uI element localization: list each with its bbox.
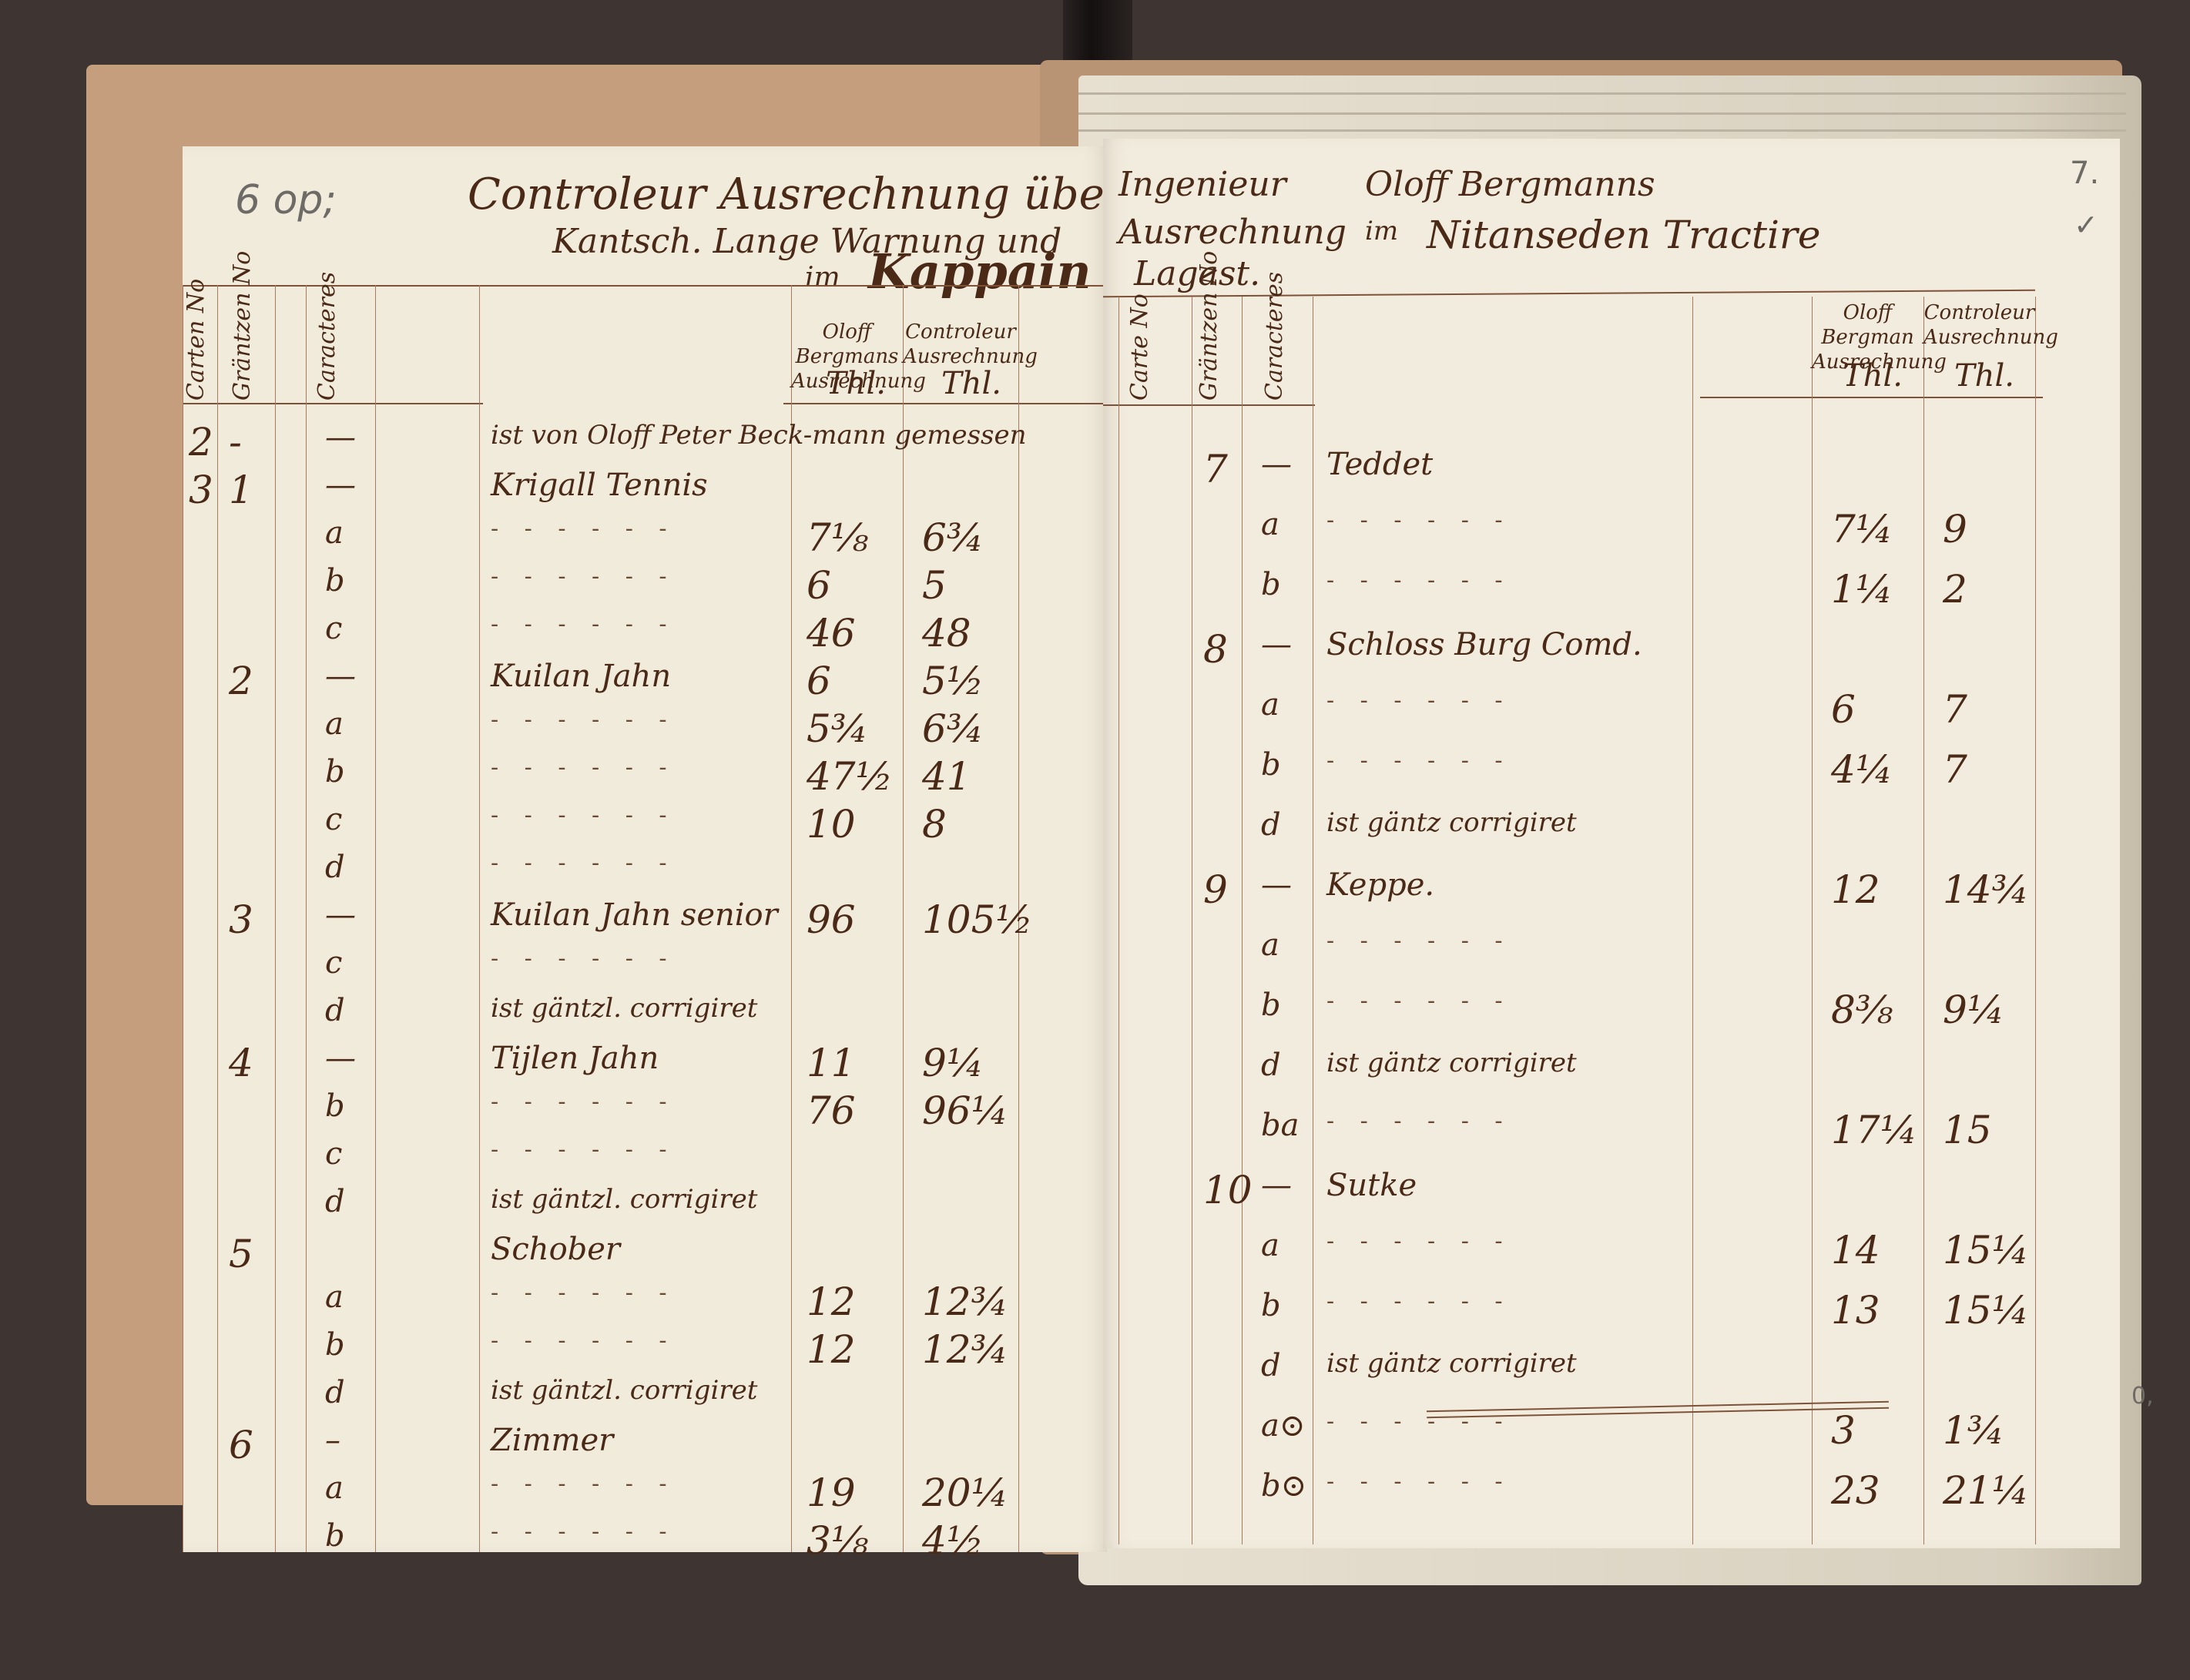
amount-bergman: 8⅜	[1831, 988, 1893, 1032]
column-header-caracteres: Caracteres	[1261, 300, 1288, 401]
character-mark: d	[1261, 807, 1281, 843]
character-mark: b	[1261, 747, 1281, 783]
dot-leader: - - - - - -	[491, 563, 676, 590]
page-number: 7.	[2070, 156, 2099, 191]
unit-label: Thl.	[941, 366, 1001, 401]
entry-note: ist gäntzl. corrigiret	[491, 1184, 757, 1215]
left-page: 6 op; Controleur Ausrechnung über Kantsc…	[183, 146, 1107, 1552]
character-mark: b	[325, 1518, 345, 1554]
grentz-number: 9	[1203, 867, 1228, 912]
column-rule	[1118, 297, 1119, 1544]
grentz-number: 5	[229, 1232, 253, 1276]
character-mark: a	[325, 1279, 344, 1315]
character-mark: —	[325, 897, 356, 933]
entry-name: Zimmer	[491, 1423, 613, 1458]
amount-controleur: 12¾	[922, 1327, 1008, 1372]
amount-controleur: 105½	[922, 897, 1033, 942]
entry-name: Kuilan Jahn senior	[491, 897, 778, 933]
amount-controleur: 7	[1943, 687, 1967, 732]
character-mark: b	[1261, 1288, 1281, 1323]
subheader-rule	[1103, 404, 1315, 406]
character-mark: —	[325, 1041, 356, 1076]
character-mark: d	[325, 1184, 345, 1219]
character-mark: —	[1261, 627, 1292, 662]
character-mark: b	[1261, 567, 1281, 602]
entry-note: ist gäntzl. corrigiret	[491, 1375, 757, 1406]
amount-bergman: 14	[1831, 1228, 1880, 1273]
title-line-3-prefix: im	[805, 262, 840, 293]
amount-controleur: 6¾	[922, 706, 984, 751]
grentz-number: 4	[229, 1041, 253, 1085]
column-rule	[217, 285, 218, 1552]
amount-bergman: 17¼	[1831, 1108, 1917, 1152]
dot-leader: - - - - - -	[1326, 1468, 1512, 1495]
carte-number: 3	[189, 468, 213, 512]
title-line-1b: Oloff Bergmanns	[1365, 165, 1655, 204]
column-rule	[306, 285, 307, 1552]
amount-bergman: 23	[1831, 1468, 1880, 1513]
character-mark: —	[1261, 447, 1292, 482]
dot-leader: - - - - - -	[1326, 687, 1512, 714]
unit-label: Thl.	[1954, 358, 2014, 394]
dot-leader: - - - - - -	[491, 802, 676, 829]
column-rule	[1242, 297, 1243, 1544]
amount-bergman: 3⅛	[807, 1518, 868, 1563]
character-mark: b	[325, 1327, 345, 1363]
title-line-2a: Ausrechnung	[1118, 213, 1347, 252]
title-line-3-main: Kappain	[868, 243, 1092, 300]
amount-bergman: 1¼	[1831, 567, 1893, 612]
amount-controleur: 7	[1943, 747, 1967, 792]
character-mark: c	[325, 1136, 342, 1172]
character-mark: c	[325, 611, 342, 646]
amount-bergman: 10	[807, 802, 856, 847]
character-mark: c	[325, 945, 342, 981]
entry-name: Sutke	[1326, 1168, 1417, 1203]
amount-controleur: 96¼	[922, 1088, 1008, 1133]
grentz-number: -	[229, 420, 242, 464]
amount-controleur: 4½	[922, 1518, 984, 1563]
dot-leader: - - - - - -	[1326, 1228, 1512, 1255]
grentz-number: 7	[1203, 447, 1228, 491]
dot-leader: - - - - - -	[491, 515, 676, 542]
entry-note: ist von Oloff Peter Beck-mann gemessen	[491, 420, 1027, 451]
title-line-1a: Ingenieur	[1118, 165, 1286, 204]
dot-leader: - - - - - -	[1326, 567, 1512, 594]
character-mark: —	[1261, 1168, 1292, 1203]
column-rule	[903, 285, 904, 1552]
column-rule	[479, 285, 480, 1552]
dot-leader: - - - - - -	[491, 706, 676, 733]
amount-controleur: 8	[922, 802, 947, 847]
dot-leader: - - - - - -	[491, 945, 676, 972]
amount-controleur: 41	[922, 754, 971, 799]
amount-controleur: 1¾	[1943, 1408, 2004, 1453]
entry-name: Keppe.	[1326, 867, 1434, 903]
subheader-rule	[783, 403, 1107, 404]
edge-mark: 0,	[2131, 1383, 2154, 1410]
amount-bergman: 7⅛	[807, 515, 868, 560]
unit-label: Thl.	[826, 366, 886, 401]
grentz-number: 2	[229, 659, 253, 703]
entry-name: Krigall Tennis	[491, 468, 708, 503]
page-edge	[1078, 92, 2126, 95]
dot-leader: - - - - - -	[491, 1470, 676, 1497]
pencil-check: ✓	[2074, 208, 2098, 242]
dot-leader: - - - - - -	[491, 1279, 676, 1306]
closing-double-rule	[1427, 1401, 1889, 1419]
amount-controleur: 15	[1943, 1108, 1992, 1152]
entry-name: Kuilan Jahn	[491, 659, 671, 694]
character-mark: —	[325, 420, 356, 455]
amount-bergman: 4¼	[1831, 747, 1893, 792]
amount-controleur: 14¾	[1943, 867, 2029, 912]
amount-bergman: 47½	[807, 754, 893, 799]
character-mark: b	[1261, 988, 1281, 1023]
character-mark: ba	[1261, 1108, 1299, 1143]
amount-bergman: 6	[807, 563, 831, 608]
dot-leader: - - - - - -	[1326, 1288, 1512, 1315]
column-rule	[1812, 297, 1813, 1544]
amount-bergman: 5¾	[807, 706, 868, 751]
dot-leader: - - - - - -	[491, 1136, 676, 1163]
amount-bergman: 12	[807, 1279, 856, 1324]
entry-note: ist gäntz corrigiret	[1326, 1048, 1577, 1078]
column-header-amount-controleur: Controleur Ausrechnung	[903, 320, 1018, 369]
character-mark: —	[325, 468, 356, 503]
page-edge	[1078, 112, 2126, 115]
column-header-carte: Carten No	[183, 300, 210, 401]
title-line-2b: im	[1365, 216, 1398, 246]
character-mark: a	[1261, 507, 1279, 542]
character-mark: —	[1261, 867, 1292, 903]
amount-controleur: 21¼	[1943, 1468, 2029, 1513]
dot-leader: - - - - - -	[491, 850, 676, 877]
page-edge	[1078, 129, 2126, 132]
character-mark: d	[325, 1375, 345, 1410]
character-mark: a	[325, 515, 344, 551]
subheader-rule	[183, 403, 483, 404]
right-page: 7. ✓ Ingenieur Oloff Bergmanns Ausrechnu…	[1103, 139, 2120, 1548]
amount-bergman: 7¼	[1831, 507, 1893, 552]
entry-note: ist gäntz corrigiret	[1326, 807, 1577, 838]
amount-bergman: 6	[1831, 687, 1856, 732]
column-rule	[791, 285, 792, 1552]
column-rule	[1192, 297, 1192, 1544]
column-rule	[1313, 297, 1313, 1544]
amount-bergman: 12	[1831, 867, 1880, 912]
dot-leader: - - - - - -	[1326, 747, 1512, 774]
amount-bergman: 96	[807, 897, 856, 942]
grentz-number: 1	[229, 468, 253, 512]
character-mark: b	[325, 563, 345, 599]
amount-bergman: 46	[807, 611, 856, 656]
character-mark: —	[325, 659, 356, 694]
character-mark: a	[325, 706, 344, 742]
amount-controleur: 6¾	[922, 515, 984, 560]
amount-controleur: 2	[1943, 567, 1967, 612]
amount-bergman: 76	[807, 1088, 856, 1133]
character-mark: d	[325, 850, 345, 885]
amount-controleur: 48	[922, 611, 971, 656]
grentz-number: 6	[229, 1423, 253, 1467]
dot-leader: - - - - - -	[491, 1088, 676, 1115]
character-mark: a	[325, 1470, 344, 1506]
character-mark: –	[325, 1423, 340, 1458]
column-header-caracteres: Caracteres	[314, 300, 340, 401]
amount-controleur: 9¼	[1943, 988, 2004, 1032]
character-mark: d	[1261, 1348, 1281, 1383]
column-header-grentz: Gräntzen No	[229, 300, 256, 401]
entry-note: ist gäntzl. corrigiret	[491, 993, 757, 1024]
amount-controleur: 9¼	[922, 1041, 984, 1085]
character-mark: a	[1261, 1228, 1279, 1263]
amount-controleur: 15¼	[1943, 1228, 2029, 1273]
character-mark: c	[325, 802, 342, 837]
column-rule	[1692, 297, 1693, 1544]
dot-leader: - - - - - -	[491, 1327, 676, 1354]
amount-bergman: 19	[807, 1470, 856, 1515]
character-mark: b⊙	[1261, 1468, 1306, 1504]
column-rule	[2035, 297, 2036, 1544]
character-mark: d	[325, 993, 345, 1028]
pencil-note: 6 op;	[235, 177, 337, 223]
amount-bergman: 11	[807, 1041, 856, 1085]
dot-leader: - - - - - -	[1326, 927, 1512, 954]
dot-leader: - - - - - -	[491, 754, 676, 781]
amount-bergman: 6	[807, 659, 831, 703]
column-rule	[183, 285, 183, 1552]
unit-label: Thl.	[1843, 358, 1903, 394]
entry-note: ist gäntz corrigiret	[1326, 1348, 1577, 1379]
amount-controleur: 20¼	[922, 1470, 1008, 1515]
column-header-amount-controleur: Controleur Ausrechnung	[1923, 300, 2035, 350]
character-mark: a	[1261, 927, 1279, 963]
subheader-rule	[1700, 397, 2043, 398]
dot-leader: - - - - - -	[1326, 1108, 1512, 1135]
dot-leader: - - - - - -	[491, 611, 676, 638]
entry-name: Schober	[491, 1232, 620, 1267]
character-mark: a	[1261, 687, 1279, 723]
dot-leader: - - - - - -	[491, 1518, 676, 1545]
carte-number: 2	[189, 420, 213, 464]
amount-bergman: 12	[807, 1327, 856, 1372]
entry-name: Teddet	[1326, 447, 1433, 482]
column-header-carte: Carte No	[1126, 300, 1153, 401]
character-mark: b	[325, 754, 345, 790]
amount-bergman: 13	[1831, 1288, 1880, 1333]
grentz-number: 10	[1203, 1168, 1253, 1212]
entry-name: Tijlen Jahn	[491, 1041, 659, 1076]
column-header-grentz: Gräntzen No	[1196, 300, 1222, 401]
title-line-2c: Nitanseden Tractire	[1427, 213, 1820, 257]
dot-leader: - - - - - -	[1326, 988, 1512, 1014]
column-rule	[375, 285, 376, 1552]
grentz-number: 3	[229, 897, 253, 942]
character-mark: b	[325, 1088, 345, 1124]
amount-bergman: 3	[1831, 1408, 1856, 1453]
title-line-1: Controleur Ausrechnung über	[468, 169, 1125, 220]
column-rule	[275, 285, 276, 1552]
amount-controleur: 12¾	[922, 1279, 1008, 1324]
character-mark: a⊙	[1261, 1408, 1305, 1444]
column-rule	[1923, 297, 1924, 1544]
character-mark: d	[1261, 1048, 1281, 1083]
grentz-number: 8	[1203, 627, 1228, 672]
amount-controleur: 5	[922, 563, 947, 608]
entry-name: Schloss Burg Comd.	[1326, 627, 1642, 662]
amount-controleur: 15¼	[1943, 1288, 2029, 1333]
amount-controleur: 9	[1943, 507, 1967, 552]
amount-controleur: 5½	[922, 659, 984, 703]
dot-leader: - - - - - -	[1326, 507, 1512, 534]
